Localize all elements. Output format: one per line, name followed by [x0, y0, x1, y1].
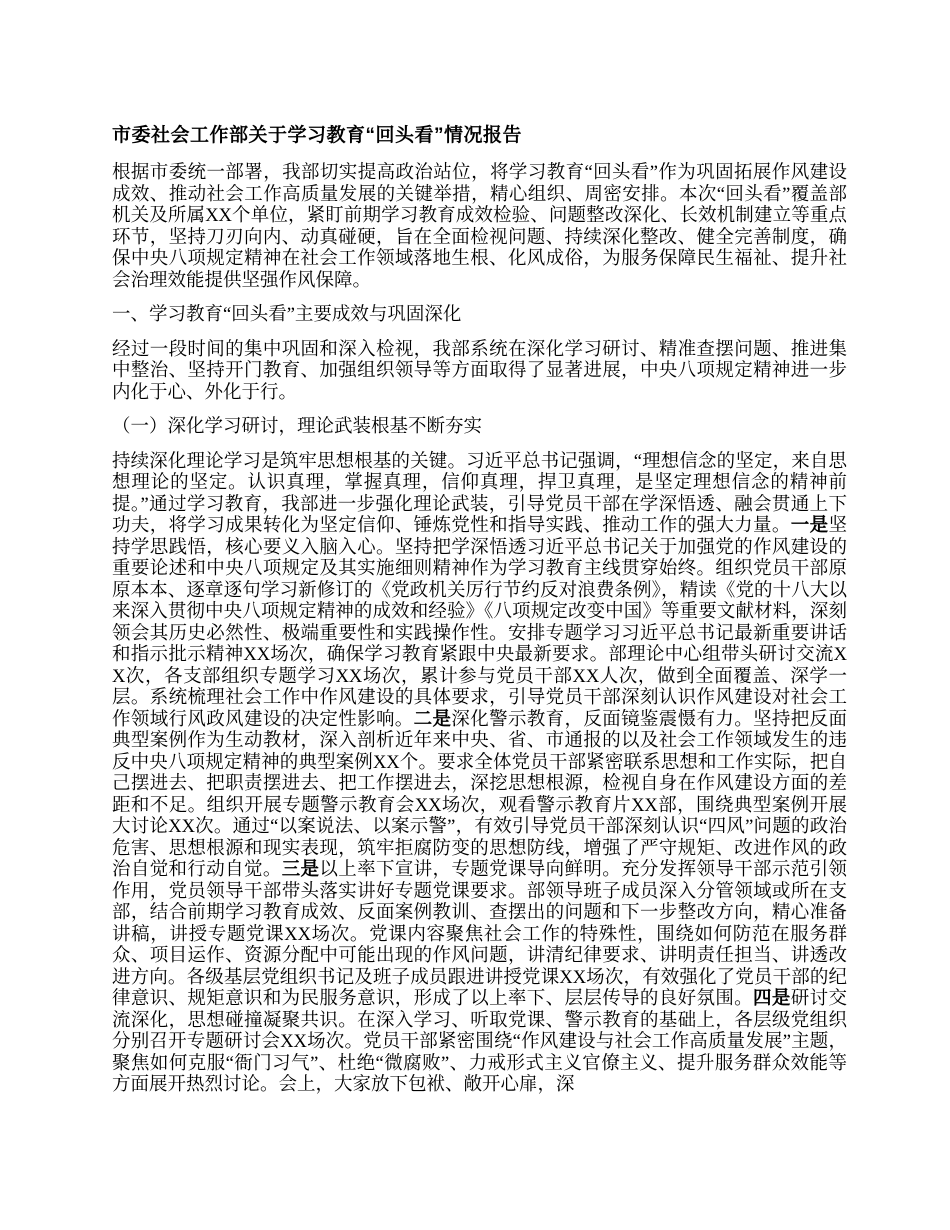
document-page: 市委社会工作部关于学习教育“回头看”情况报告 根据市委统一部署，我部切实提高政治… — [0, 0, 950, 1230]
intro-paragraph: 根据市委统一部署，我部切实提高政治站位，将学习教育“回头看”作为巩固拓展作风建设… — [112, 163, 847, 292]
detail-segment-first: 坚持学思践悟，核心要义入脑入心。坚持把学深悟透习近平总书记关于加强党的作风建设的… — [112, 516, 847, 730]
detail-marker-first: 一是 — [791, 516, 829, 536]
detail-marker-fourth: 四是 — [753, 989, 791, 1009]
detail-segment-second: 深化警示教育，反面镜鉴震慑有力。坚持把反面典型案例作为生动教材，深入剖析近年来中… — [112, 710, 847, 881]
document-title: 市委社会工作部关于学习教育“回头看”情况报告 — [112, 123, 847, 149]
detail-segment-third: 以上率下宣讲，专题党课导向鲜明。充分发挥领导干部示范引领作用，党员领导干部带头落… — [112, 860, 847, 1009]
detail-paragraph: 持续深化理论学习是筑牢思想根基的关键。习近平总书记强调，“理想信念的坚定，来自思… — [112, 452, 847, 1097]
detail-marker-third: 三是 — [282, 860, 320, 880]
detail-segment-intro: 持续深化理论学习是筑牢思想根基的关键。习近平总书记强调，“理想信念的坚定，来自思… — [112, 452, 847, 537]
section-1-overview-paragraph: 经过一段时间的集中巩固和深入检视，我部系统在深化学习研讨、精准查摆问题、推进集中… — [112, 340, 847, 405]
section-1-heading: 一、学习教育“回头看”主要成效与巩固深化 — [112, 305, 847, 327]
subsection-1-1-heading: （一）深化学习研讨，理论武装根基不断夯实 — [112, 417, 847, 439]
detail-marker-second: 二是 — [414, 710, 452, 730]
